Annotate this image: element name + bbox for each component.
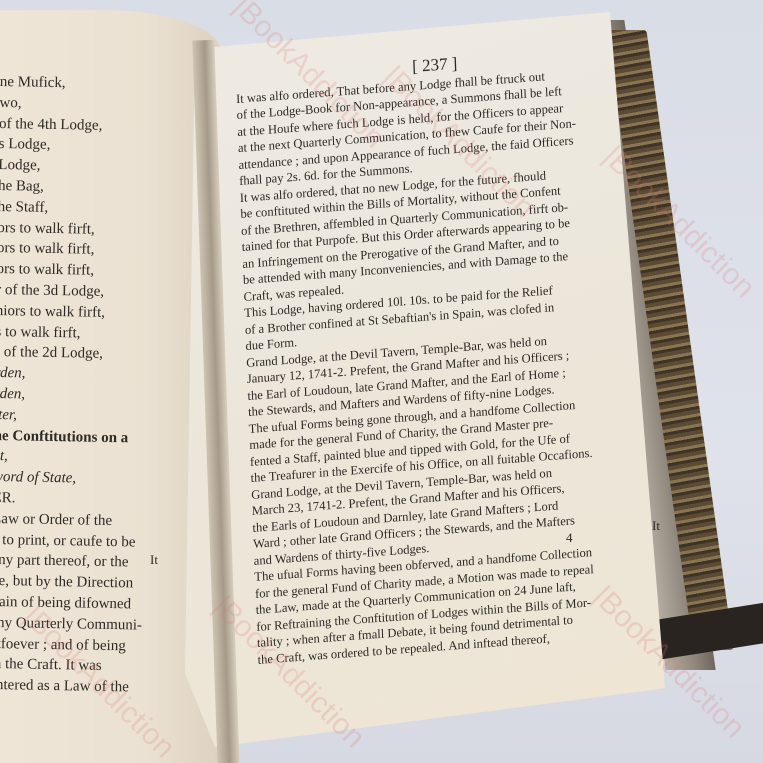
left-catchword: It <box>150 552 158 568</box>
signature-mark: 4 <box>566 530 573 546</box>
text-line: niors to walk firft, <box>0 301 196 325</box>
text-line: he Conftitutions on a <box>0 425 194 449</box>
text-line: word of State, <box>0 467 193 491</box>
text-line: r of the 2d Lodge, <box>0 342 195 366</box>
text-line: Pain of being difowned <box>0 592 191 616</box>
text-line: entered as a Law of the <box>0 675 189 699</box>
text-line: ne Mufick, <box>0 72 200 96</box>
right-page-text: [ 237 ] It was alfo ordered, That before… <box>235 39 707 668</box>
text-line: any Quarterly Communi- <box>0 613 191 637</box>
right-catchword: It <box>652 518 660 534</box>
text-line: Law or Order of the <box>0 509 192 533</box>
book-photo: ne Mufick, wo, of the 4th Lodge, s Lodge… <box>0 0 763 763</box>
left-page-text: ne Mufick, wo, of the 4th Lodge, s Lodge… <box>0 72 200 699</box>
text-line: he Staff, <box>0 197 198 221</box>
